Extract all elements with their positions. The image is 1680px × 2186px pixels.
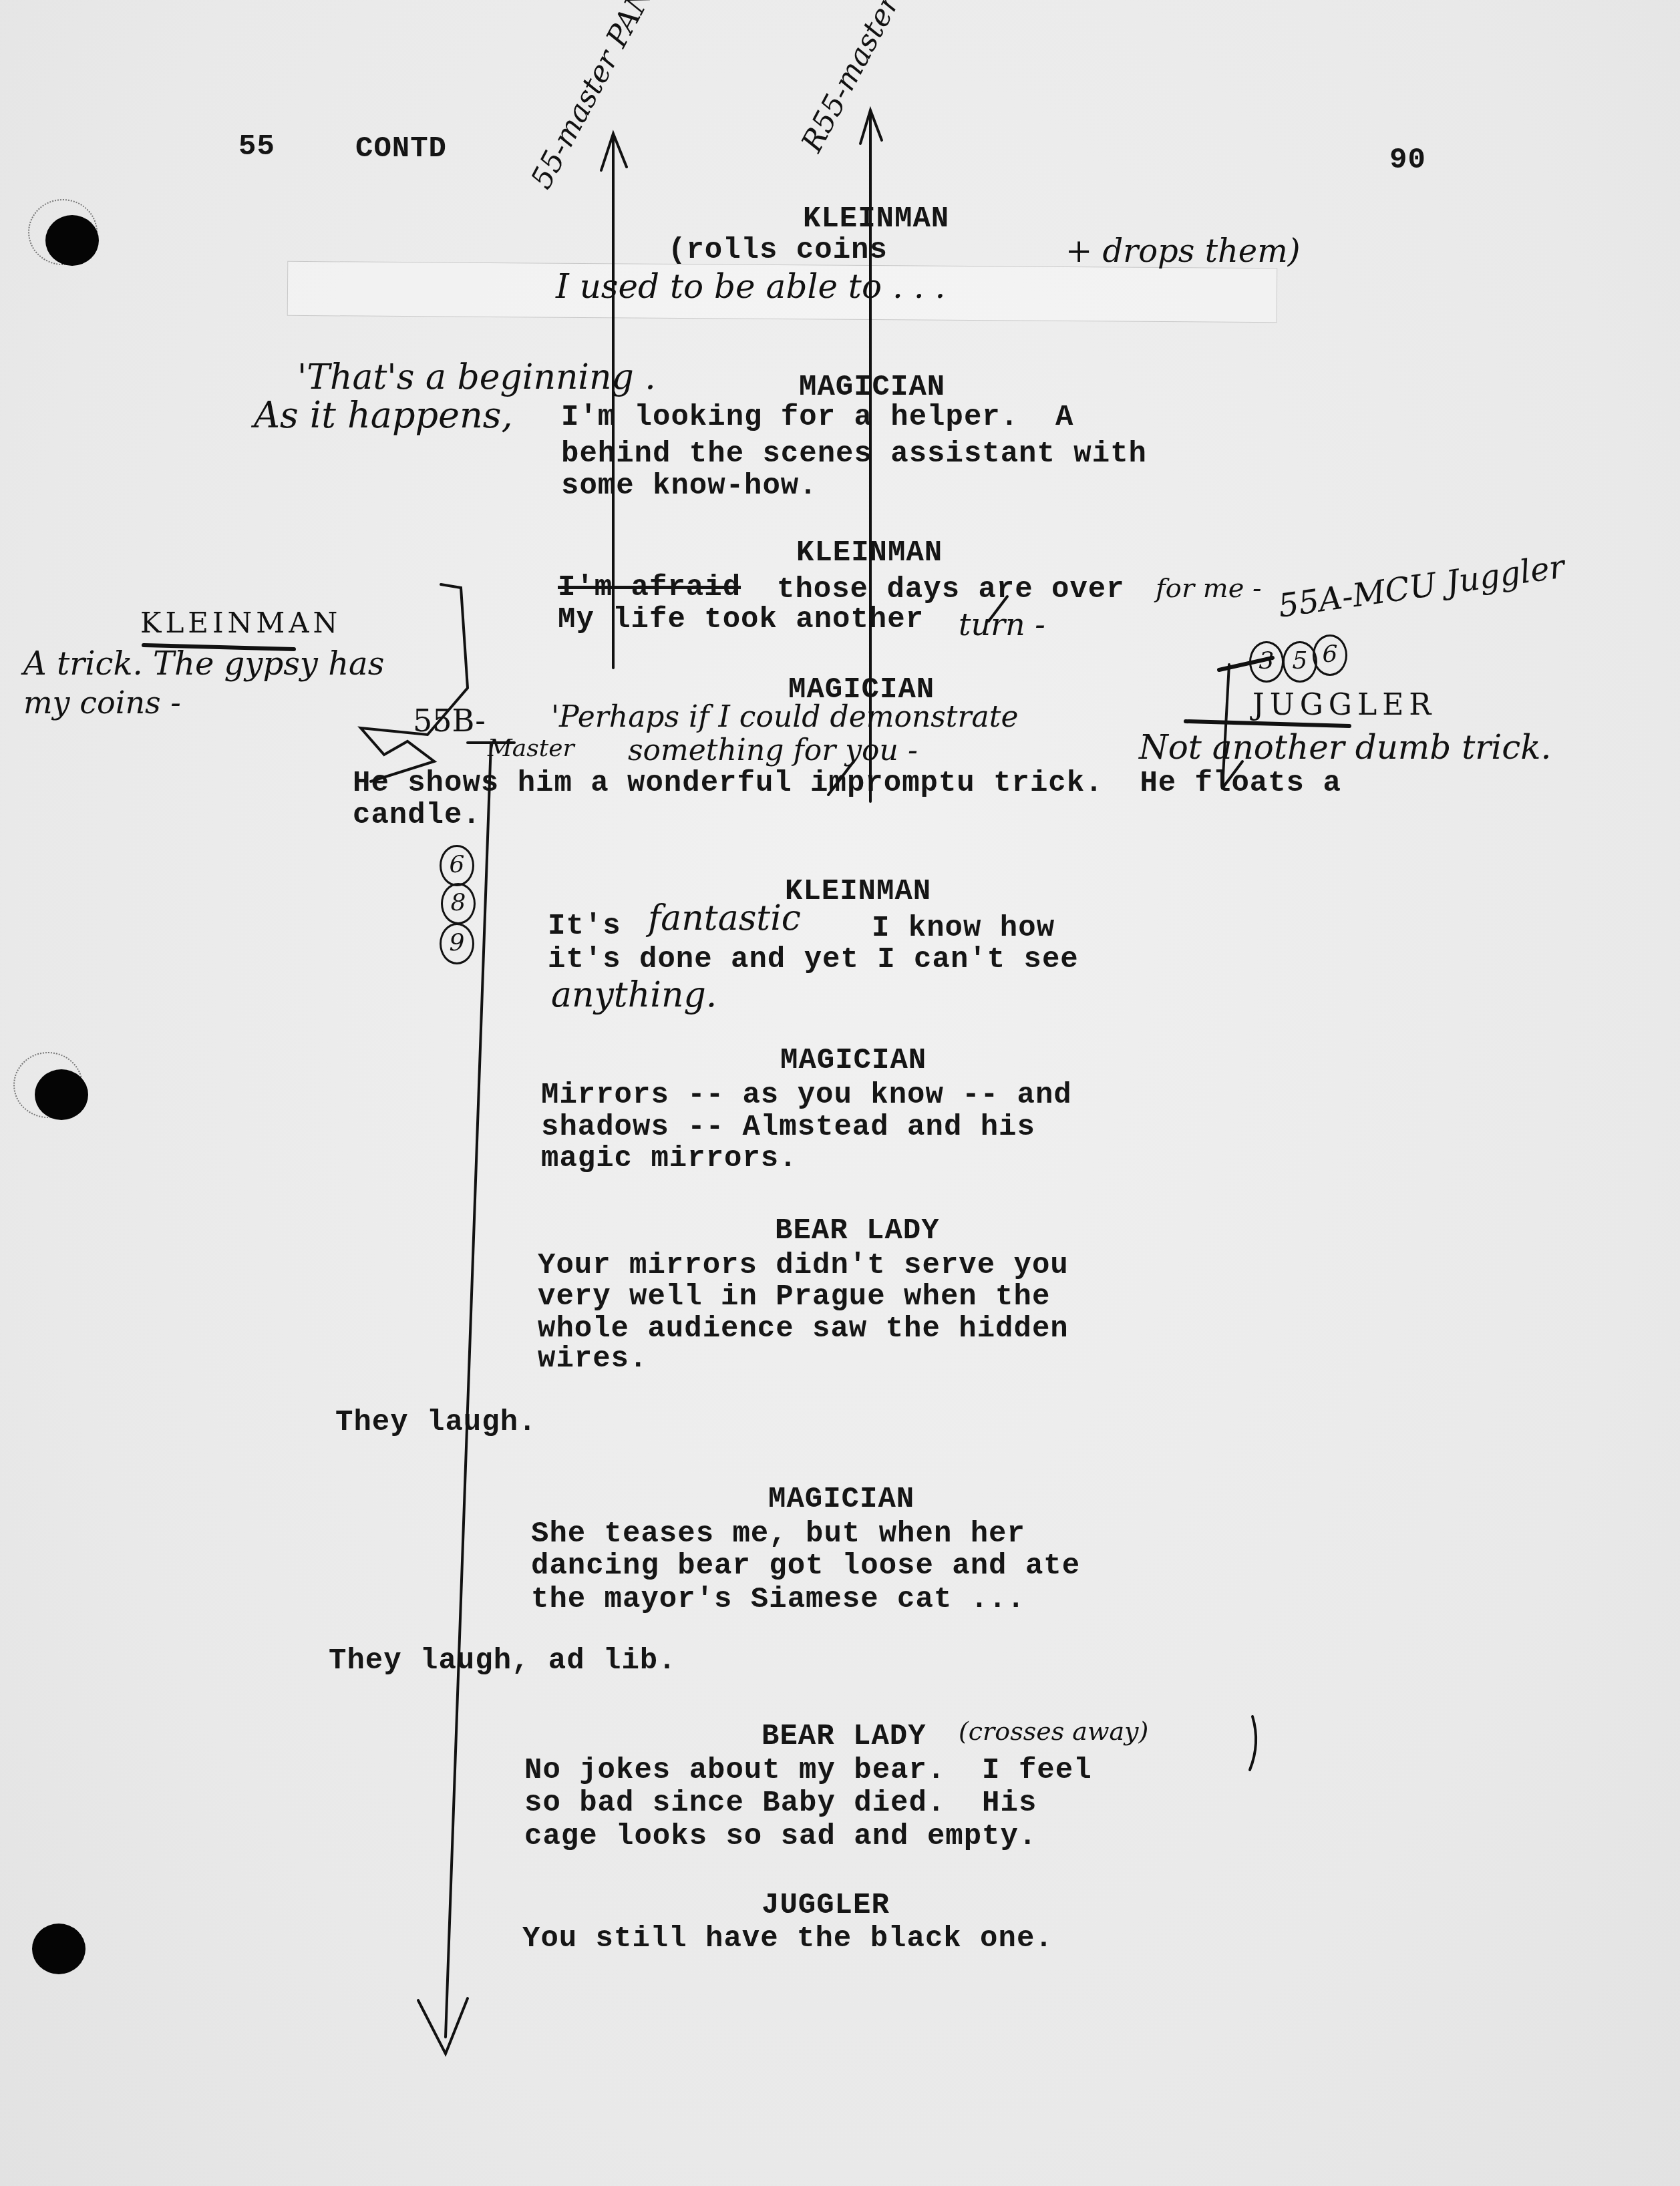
handwritten-parenthetical-addition: + drops them)	[1065, 232, 1301, 270]
struck-text: I'm afraid	[558, 571, 741, 604]
handwritten-thats-a-beginning: 'That's a beginning .	[297, 357, 656, 397]
character-name: KLEINMAN	[796, 536, 943, 570]
shot-label-55b: 55B-	[413, 703, 486, 739]
handwritten-for-me: for me -	[1156, 573, 1262, 604]
dialogue-line: You still have the black one.	[522, 1922, 1053, 1956]
dialogue-line: the mayor's Siamese cat ...	[531, 1583, 1025, 1616]
handwritten-perhaps-line: 'Perhaps if I could demonstrate	[551, 700, 1019, 734]
character-name: MAGICIAN	[799, 371, 945, 404]
dialogue-line: cage looks so sad and empty.	[524, 1820, 1037, 1853]
action-line: They laugh, ad lib.	[329, 1644, 677, 1678]
shot-label-55: 55-master PAN	[524, 0, 660, 194]
dialogue-line: Mirrors -- as you know -- and	[541, 1079, 1072, 1112]
handwritten-insert-line: my coins -	[23, 685, 181, 721]
handwritten-insert-character: JUGGLER	[1252, 688, 1436, 722]
dialogue-line: I know how	[872, 912, 1055, 945]
handwritten-something-line: something for you -	[628, 733, 918, 767]
character-name: KLEINMAN	[803, 202, 949, 236]
dialogue-line: It's	[548, 910, 621, 943]
action-line: candle.	[353, 799, 481, 832]
circled-take: 6	[440, 845, 474, 886]
handwritten-insert-character: KLEINMAN	[140, 606, 341, 639]
script-page: 55 CONTD 90 KLEINMAN (rolls coins + drop…	[0, 0, 1680, 2186]
dialogue-line: so bad since Baby died. His	[524, 1787, 1037, 1820]
dialogue-line: some know-how.	[561, 470, 818, 503]
handwritten-anything: anything.	[551, 975, 717, 1015]
shot-label-55a: 55A-MCU Juggler	[1276, 548, 1566, 625]
dialogue-line: shadows -- Almstead and his	[541, 1111, 1035, 1144]
action-line: They laugh.	[335, 1406, 536, 1439]
punch-hole-top	[45, 215, 99, 266]
punch-hole-bottom	[32, 1924, 86, 1974]
dialogue-line: Your mirrors didn't serve you	[538, 1249, 1069, 1282]
dialogue-line: I'm looking for a helper. A	[561, 401, 1073, 434]
character-name: JUGGLER	[762, 1889, 890, 1922]
dialogue-line: behind the scenes assistant with	[561, 437, 1147, 471]
circled-take: 8	[441, 883, 476, 924]
character-name: BEAR LADY	[775, 1214, 940, 1248]
circled-take: 5	[1283, 641, 1317, 683]
dialogue-line: those days are over	[777, 573, 1125, 606]
continued-label: CONTD	[355, 132, 447, 166]
scene-number: 55	[238, 130, 275, 164]
dialogue-line: dancing bear got loose and ate	[531, 1550, 1080, 1583]
dialogue-line: magic mirrors.	[541, 1142, 798, 1175]
circled-take: 3	[1249, 641, 1284, 683]
handwritten-insert-line: Not another dumb trick.	[1139, 728, 1551, 767]
dialogue-line: She teases me, but when her	[531, 1517, 1025, 1551]
dialogue-line: it's done and yet I can't see	[548, 943, 1079, 976]
page-number: 90	[1389, 144, 1426, 177]
handwritten-crosses-away: (crosses away)	[959, 1716, 1148, 1746]
punch-hole-middle	[35, 1069, 88, 1120]
dialogue-line: whole audience saw the hidden	[538, 1312, 1069, 1346]
character-name: KLEINMAN	[785, 875, 931, 908]
handwritten-insert-line: A trick. The gypsy has	[23, 645, 384, 683]
handwritten-master-label: Master	[488, 735, 574, 762]
handwritten-fantastic: fantastic	[648, 898, 801, 938]
character-name: MAGICIAN	[768, 1483, 914, 1516]
action-line: He shows him a wonderful impromptu trick…	[353, 767, 1341, 800]
handwritten-taped-line: I used to be able to . . .	[556, 267, 945, 306]
shot-label-r55: R55-master PAN	[795, 0, 941, 158]
dialogue-line: wires.	[538, 1342, 647, 1376]
circled-take: 9	[440, 923, 474, 964]
handwritten-as-it-happens: As it happens,	[254, 394, 513, 436]
parenthetical: (rolls coins	[668, 234, 888, 267]
circled-take: 6	[1313, 634, 1347, 676]
character-name: BEAR LADY	[762, 1720, 927, 1753]
character-name: MAGICIAN	[780, 1044, 927, 1077]
dialogue-line: No jokes about my bear. I feel	[524, 1754, 1092, 1787]
handwritten-turn: turn -	[959, 606, 1045, 643]
dialogue-line: My life took another	[558, 603, 924, 636]
dialogue-line: very well in Prague when the	[538, 1280, 1050, 1314]
